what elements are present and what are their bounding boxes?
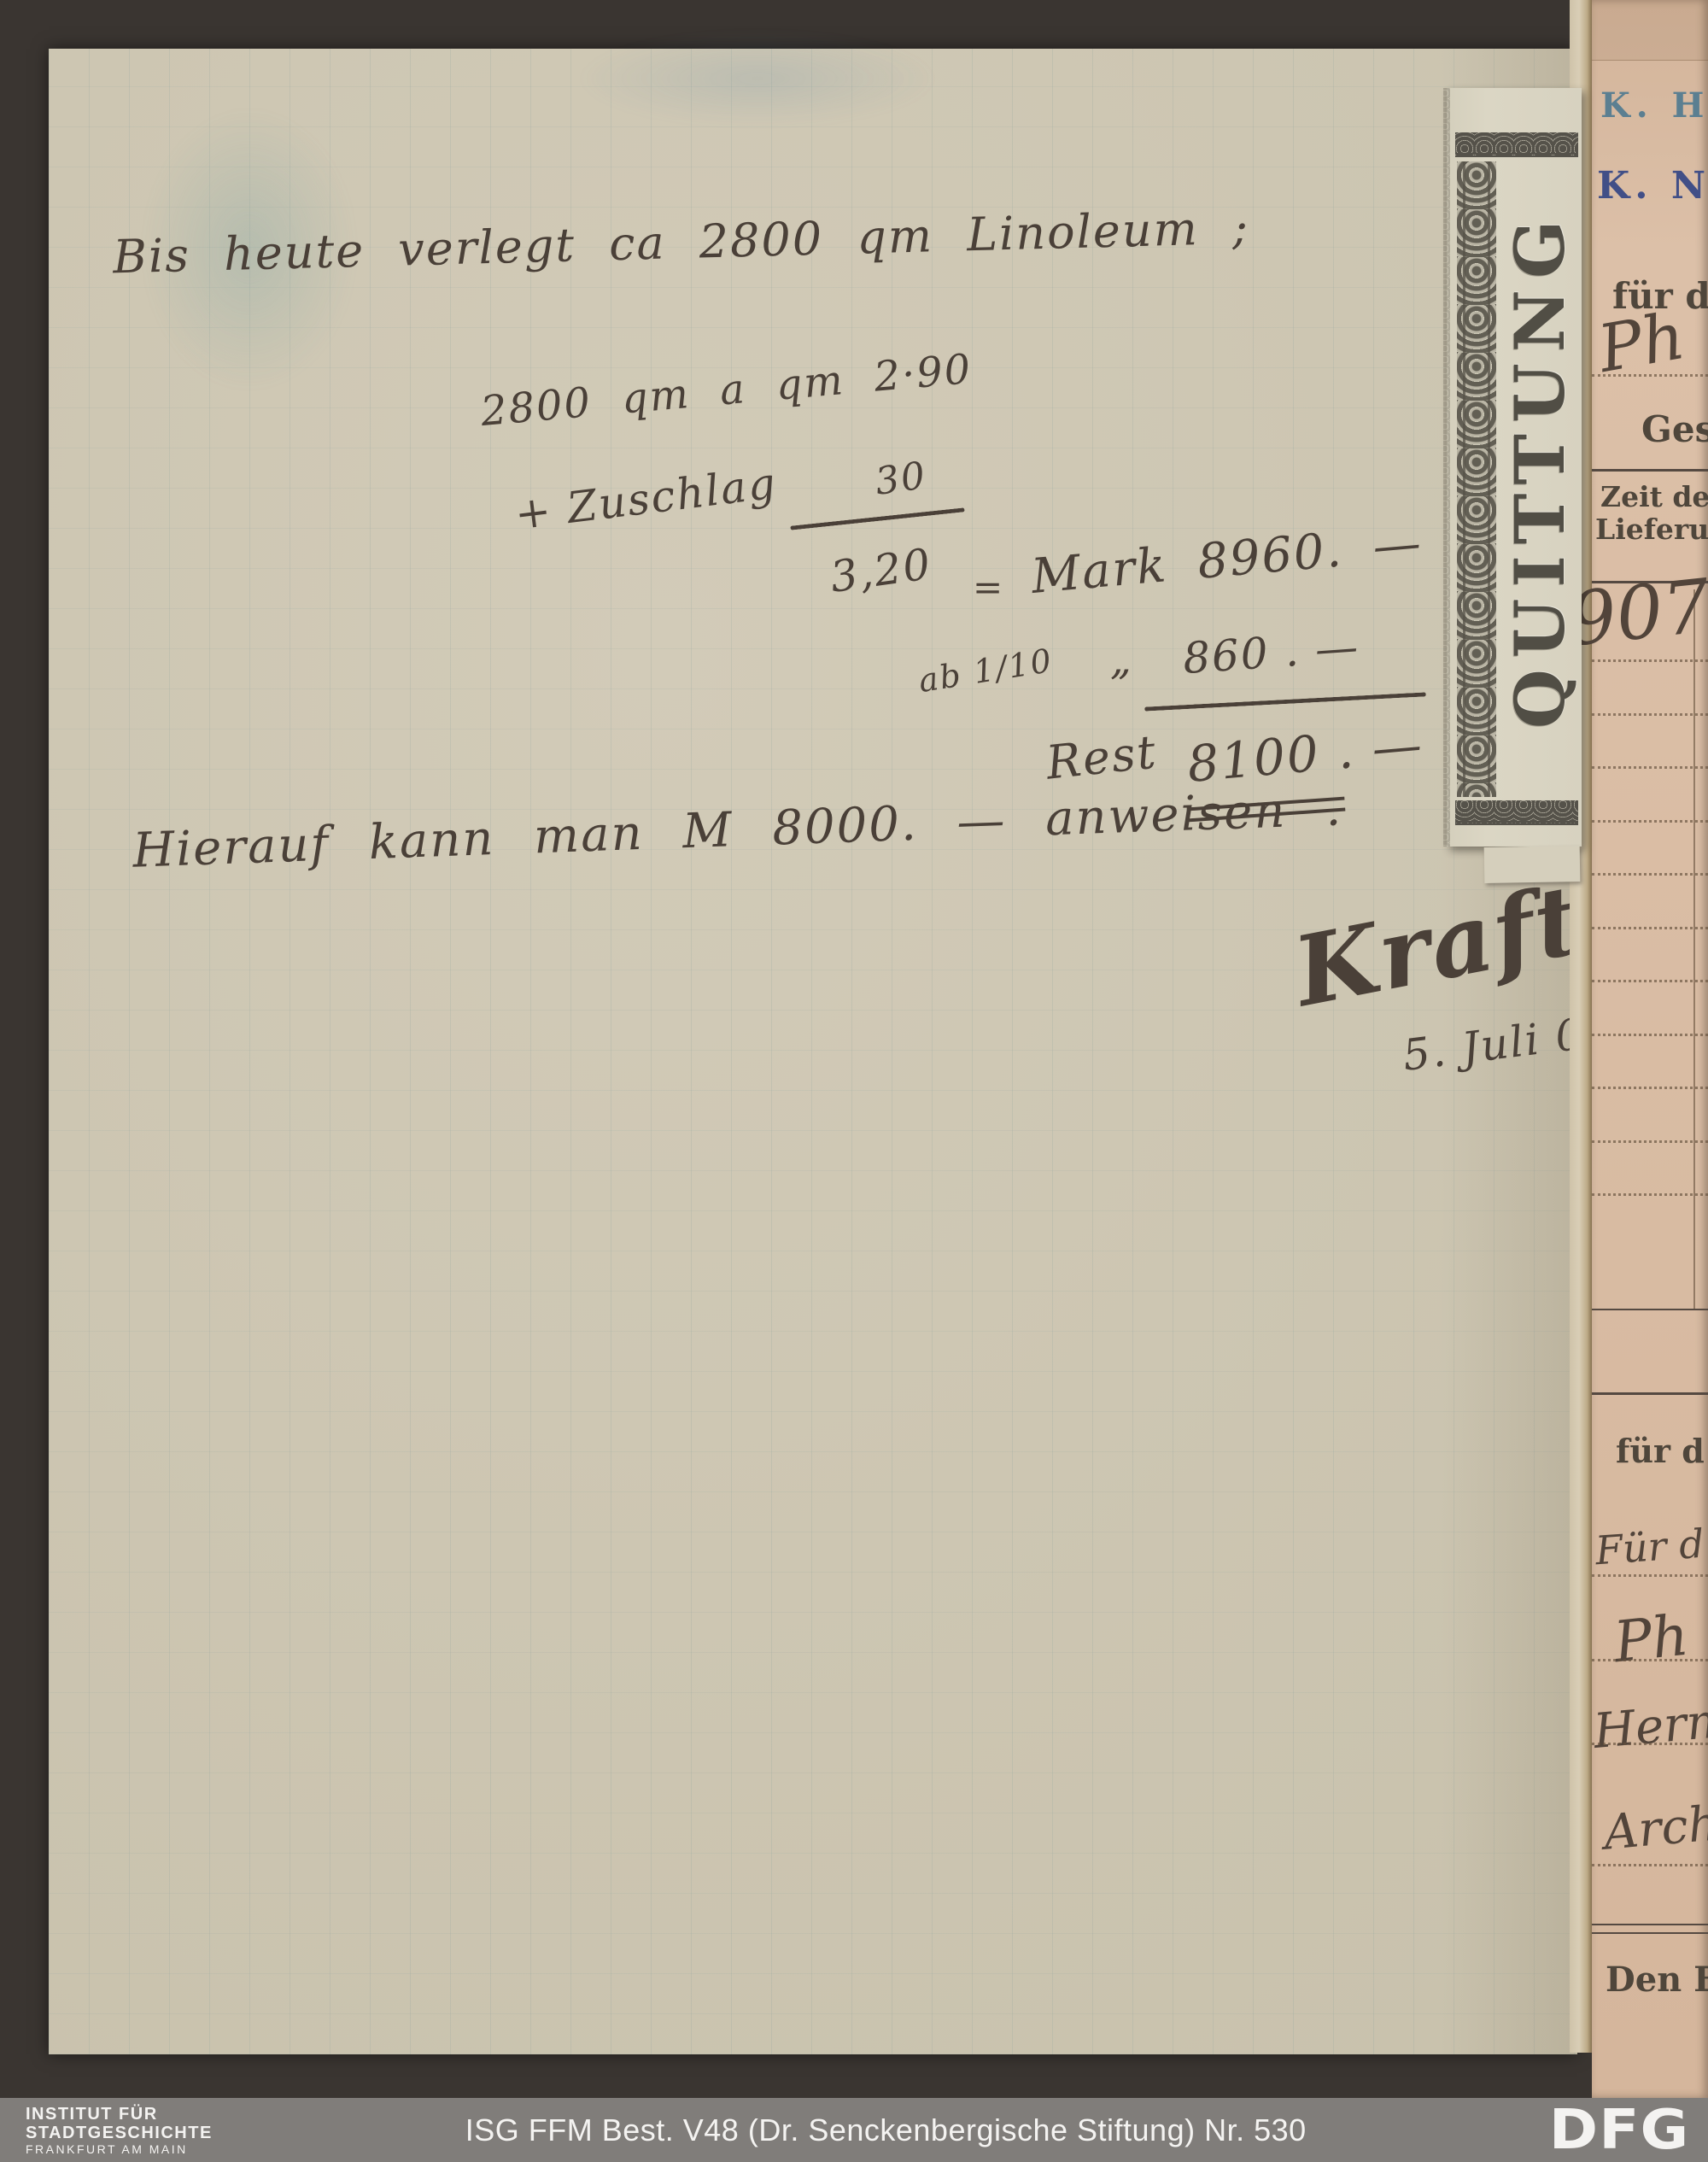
note-page: Bis heute verlegt ca 2800 qm Linoleum ; …: [49, 49, 1577, 2054]
dotted-row: [1592, 1034, 1708, 1036]
quittung-strip: QUITTUNG: [1447, 88, 1582, 847]
handwritten-year: 907: [1565, 564, 1708, 664]
quittung-label: QUITTUNG: [1500, 148, 1580, 790]
ink-stain: [578, 32, 937, 126]
archive-scan: Bis heute verlegt ca 2800 qm Linoleum ; …: [0, 0, 1708, 2162]
caption-bar: INSTITUT FÜR STADTGESCHICHTE FRANKFURT A…: [0, 2098, 1708, 2162]
dotted-row: [1592, 927, 1708, 929]
perforated-edge: [1443, 88, 1450, 847]
dotted-line: [1592, 1574, 1708, 1577]
archive-caption: ISG FFM Best. V48 (Dr. Senckenbergische …: [213, 2112, 1559, 2148]
dotted-row: [1592, 1087, 1708, 1089]
table-header-line1: Zeit der: [1600, 480, 1708, 513]
institute-logo: INSTITUT FÜR STADTGESCHICHTE FRANKFURT A…: [26, 2105, 213, 2156]
receipt-form: K. H. B. K. N. B. für d Ph Gesch Zeit de…: [1592, 0, 1708, 2098]
dotted-row: [1592, 659, 1708, 662]
handwritten-entry2: Ph: [1611, 1602, 1691, 1676]
dotted-row: [1592, 713, 1708, 716]
handwritten-entry1: Für d: [1594, 1520, 1705, 1574]
double-rule: [1592, 1924, 1708, 1934]
dotted-row: [1592, 873, 1708, 876]
table-header-line2: Lieferung: [1595, 513, 1708, 546]
dotted-line: [1592, 374, 1708, 377]
handwriting-calc-row5-label: Rest: [1044, 724, 1160, 789]
dotted-row: [1592, 980, 1708, 982]
ornament-band-bottom: [1455, 800, 1578, 825]
dotted-line: [1592, 1659, 1708, 1661]
receipt-top-edge: [1592, 0, 1708, 61]
table-column-line: [1693, 589, 1695, 1309]
dotted-line: [1592, 1743, 1708, 1745]
table-rule: [1592, 1309, 1708, 1310]
stamp-khb: K. H. B.: [1600, 85, 1708, 126]
dotted-row: [1592, 1193, 1708, 1196]
handwritten-entry3: Herm: [1591, 1692, 1708, 1760]
institute-line3: FRANKFURT AM MAIN: [26, 2142, 213, 2156]
section-rule: [1592, 1392, 1708, 1395]
dotted-row: [1592, 820, 1708, 823]
handwriting-calc-row2-value: 30: [873, 454, 930, 504]
table-rule: [1592, 469, 1708, 472]
form-label-gesch: Gesch: [1641, 408, 1708, 450]
handwriting-calc-row3-equals: =: [973, 566, 1004, 608]
handwritten-entry4: Arch: [1601, 1796, 1708, 1860]
dotted-row: [1592, 1140, 1708, 1143]
dfg-logo: DFG: [1548, 2099, 1689, 2162]
institute-line1: INSTITUT FÜR: [26, 2105, 213, 2124]
dotted-line: [1592, 1864, 1708, 1866]
form-label-fuer2: für d: [1616, 1432, 1705, 1470]
institute-line2: STADTGESCHICHTE: [26, 2124, 213, 2142]
form-label-den-em: Den Em: [1606, 1960, 1708, 2000]
stamp-knb: K. N. B.: [1597, 164, 1708, 208]
dotted-row: [1592, 766, 1708, 769]
handwriting-calc-row4-ditto: „: [1110, 636, 1133, 684]
ornament-border: [1457, 161, 1496, 797]
torn-strip-remnant: [1484, 846, 1581, 883]
